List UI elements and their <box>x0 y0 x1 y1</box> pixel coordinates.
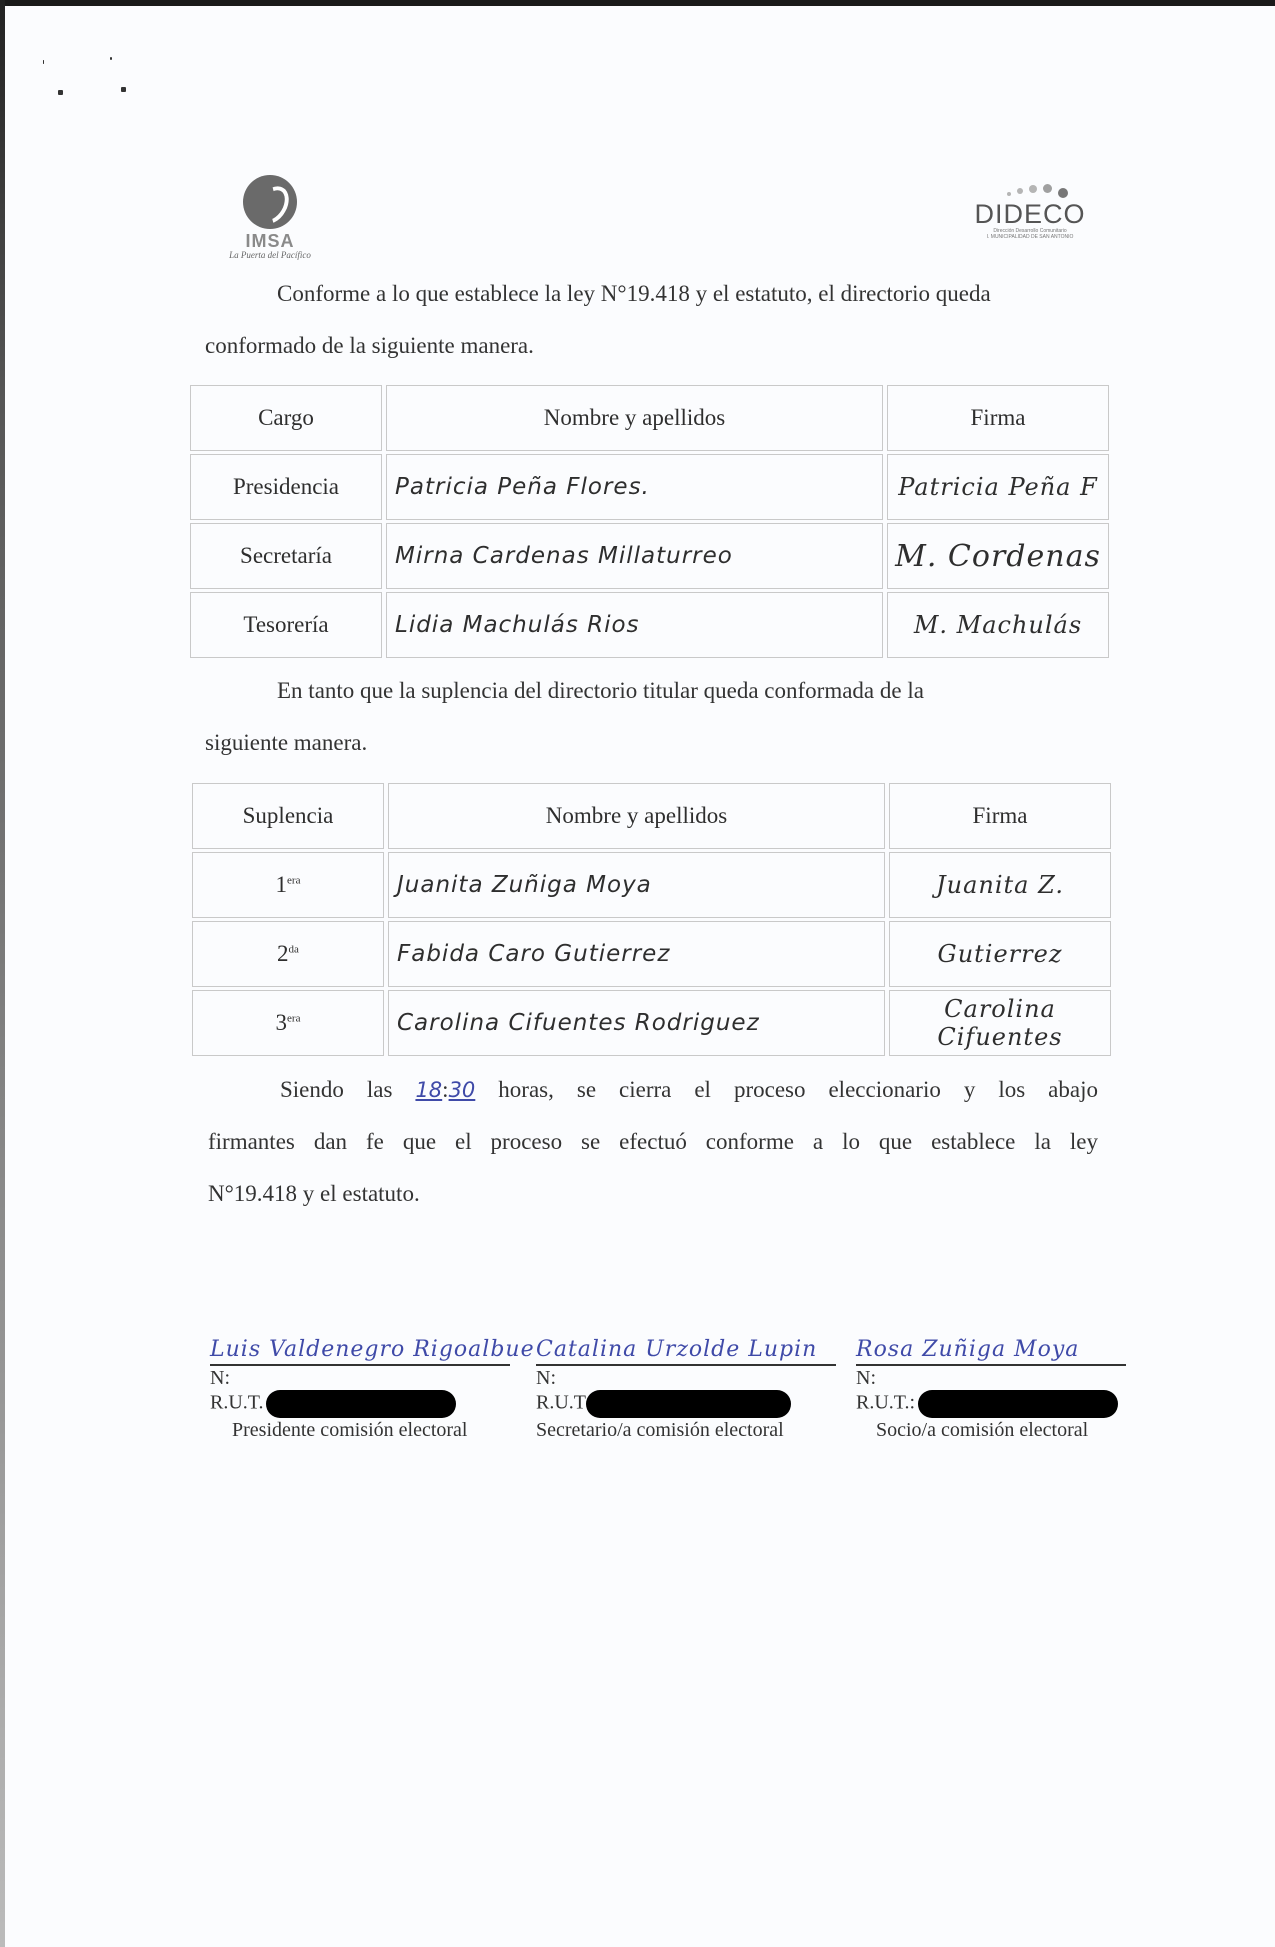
table-header-row: Suplencia Nombre y apellidos Firma <box>192 783 1111 849</box>
signatory-presidente: Luis Valdenegro Rigoalbue N: R.U.T. Pres… <box>210 1338 510 1442</box>
header-nombre: Nombre y apellidos <box>386 385 883 451</box>
closing-line-3: N°19.418 y el estatuto. <box>208 1168 1098 1220</box>
signature-line: Rosa Zuñiga Moya <box>856 1338 1126 1366</box>
header-firma: Firma <box>887 385 1109 451</box>
suplencia-number: 1era <box>192 852 384 918</box>
table-row: Tesorería Lidia Machulás Rios M. Machulá… <box>190 592 1109 658</box>
redaction-bar <box>918 1390 1118 1418</box>
signature: Rosa Zuñiga Moya <box>856 1337 1079 1362</box>
rut-row: R.U.T.: <box>856 1390 1156 1418</box>
intro-line-2: conformado de la siguiente manera. <box>205 320 1095 372</box>
scan-speck <box>43 60 44 64</box>
table-row: 3era Carolina Cifuentes Rodriguez Caroli… <box>192 990 1111 1056</box>
nombre-cell: Patricia Peña Flores. <box>386 454 883 520</box>
imsa-name: IMSA <box>205 231 335 252</box>
table-header-row: Cargo Nombre y apellidos Firma <box>190 385 1109 451</box>
role-label: Presidente comisión electoral <box>210 1418 510 1442</box>
closing-paragraph: Siendo las 18:30 horas, se cierra el pro… <box>208 1064 1098 1220</box>
n-label: N: <box>856 1366 1156 1390</box>
suplencia-line-1: En tanto que la suplencia del directorio… <box>205 665 1095 717</box>
closing-line-1: Siendo las 18:30 horas, se cierra el pro… <box>208 1064 1098 1116</box>
suplencia-paragraph: En tanto que la suplencia del directorio… <box>205 665 1095 769</box>
cargo-cell: Presidencia <box>190 454 382 520</box>
role-label: Secretario/a comisión electoral <box>536 1418 836 1442</box>
nombre-cell: Lidia Machulás Rios <box>386 592 883 658</box>
table-row: 1era Juanita Zuñiga Moya Juanita Z. <box>192 852 1111 918</box>
nombre-cell: Mirna Cardenas Millaturreo <box>386 523 883 589</box>
imsa-logo: IMSA La Puerta del Pacífico <box>205 165 335 275</box>
suplencia-number: 2da <box>192 921 384 987</box>
cargo-cell: Tesorería <box>190 592 382 658</box>
table-row: 2da Fabida Caro Gutierrez Gutierrez <box>192 921 1111 987</box>
firma-signature: Gutierrez <box>889 921 1111 987</box>
role-label: Socio/a comisión electoral <box>856 1418 1156 1442</box>
intro-line-1: Conforme a lo que establece la ley N°19.… <box>205 268 1095 320</box>
redaction-bar <box>266 1390 456 1418</box>
scan-border-top <box>0 0 1275 6</box>
cargo-cell: Secretaría <box>190 523 382 589</box>
scan-speck <box>110 57 112 60</box>
scan-speck <box>58 90 63 95</box>
scan-border-left <box>0 0 5 1947</box>
firma-signature: Juanita Z. <box>889 852 1111 918</box>
header-nombre: Nombre y apellidos <box>388 783 885 849</box>
signature-line: Luis Valdenegro Rigoalbue <box>210 1338 510 1366</box>
scan-speck <box>121 87 126 92</box>
redaction-bar <box>586 1390 791 1418</box>
intro-paragraph: Conforme a lo que establece la ley N°19.… <box>205 268 1095 372</box>
header-firma: Firma <box>889 783 1111 849</box>
suplencia-table: Suplencia Nombre y apellidos Firma 1era … <box>188 780 1115 1059</box>
imsa-emblem-icon <box>243 175 297 229</box>
directorio-table: Cargo Nombre y apellidos Firma Presidenc… <box>186 382 1113 661</box>
nombre-cell: Carolina Cifuentes Rodriguez <box>388 990 885 1056</box>
rut-row: R.U.T <box>536 1390 836 1418</box>
hour-field: 18 <box>415 1078 442 1102</box>
signatory-secretario: Catalina Urzolde Lupin N: R.U.T Secretar… <box>536 1338 836 1442</box>
firma-signature: Patricia Peña F <box>887 454 1109 520</box>
n-label: N: <box>210 1366 510 1390</box>
dideco-logo: DIDECO Dirección Desarrollo Comunitario … <box>965 178 1095 258</box>
imsa-tagline: La Puerta del Pacífico <box>205 250 335 260</box>
dideco-dots-icon <box>965 178 1095 200</box>
n-label: N: <box>536 1366 836 1390</box>
table-row: Presidencia Patricia Peña Flores. Patric… <box>190 454 1109 520</box>
header-cargo: Cargo <box>190 385 382 451</box>
nombre-cell: Juanita Zuñiga Moya <box>388 852 885 918</box>
table-row: Secretaría Mirna Cardenas Millaturreo M.… <box>190 523 1109 589</box>
suplencia-line-2: siguiente manera. <box>205 717 1095 769</box>
minute-field: 30 <box>449 1078 476 1102</box>
firma-signature: Carolina Cifuentes <box>889 990 1111 1056</box>
firma-signature: M. Machulás <box>887 592 1109 658</box>
dideco-subtitle-2: I. MUNICIPALIDAD DE SAN ANTONIO <box>965 234 1095 240</box>
signature: Catalina Urzolde Lupin <box>536 1337 817 1362</box>
rut-row: R.U.T. <box>210 1390 510 1418</box>
nombre-cell: Fabida Caro Gutierrez <box>388 921 885 987</box>
signature: Luis Valdenegro Rigoalbue <box>210 1337 535 1362</box>
firma-signature: M. Cordenas <box>887 523 1109 589</box>
suplencia-number: 3era <box>192 990 384 1056</box>
signature-line: Catalina Urzolde Lupin <box>536 1338 836 1366</box>
closing-line-2: firmantes dan fe que el proceso se efect… <box>208 1116 1098 1168</box>
header-suplencia: Suplencia <box>192 783 384 849</box>
signatory-socio: Rosa Zuñiga Moya N: R.U.T.: Socio/a comi… <box>856 1338 1156 1442</box>
dideco-name: DIDECO <box>965 200 1095 228</box>
